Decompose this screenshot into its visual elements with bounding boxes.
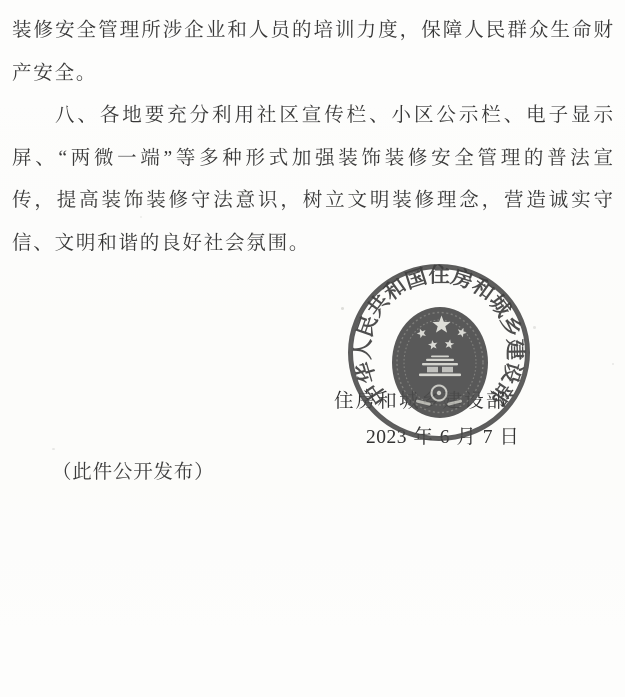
scan-speck	[533, 326, 536, 329]
scan-speck	[140, 216, 142, 218]
national-emblem-icon	[392, 307, 488, 418]
body-text-line: 传，提高装饰装修守法意识，树立文明装修理念，营造诚实守	[12, 180, 613, 223]
document-body: 装修安全管理所涉企业和人员的培训力度，保障人民群众生命财 产安全。 八、各地要充…	[12, 10, 613, 265]
body-text-line: 装修安全管理所涉企业和人员的培训力度，保障人民群众生命财	[12, 10, 613, 53]
official-seal: 中华人民共和国住房和城乡建设部	[338, 250, 544, 456]
document-page: 装修安全管理所涉企业和人员的培训力度，保障人民群众生命财 产安全。 八、各地要充…	[0, 0, 625, 697]
scan-speck	[341, 307, 344, 310]
publish-note: （此件公开发布）	[52, 456, 214, 484]
body-text-line: 八、各地要充分利用社区宣传栏、小区公示栏、电子显示	[12, 95, 613, 138]
scan-speck	[52, 448, 55, 450]
body-text-line: 产安全。	[12, 53, 613, 96]
body-text-line: 屏、“两微一端”等多种形式加强装饰装修安全管理的普法宣	[12, 138, 613, 181]
scan-speck	[612, 363, 614, 365]
